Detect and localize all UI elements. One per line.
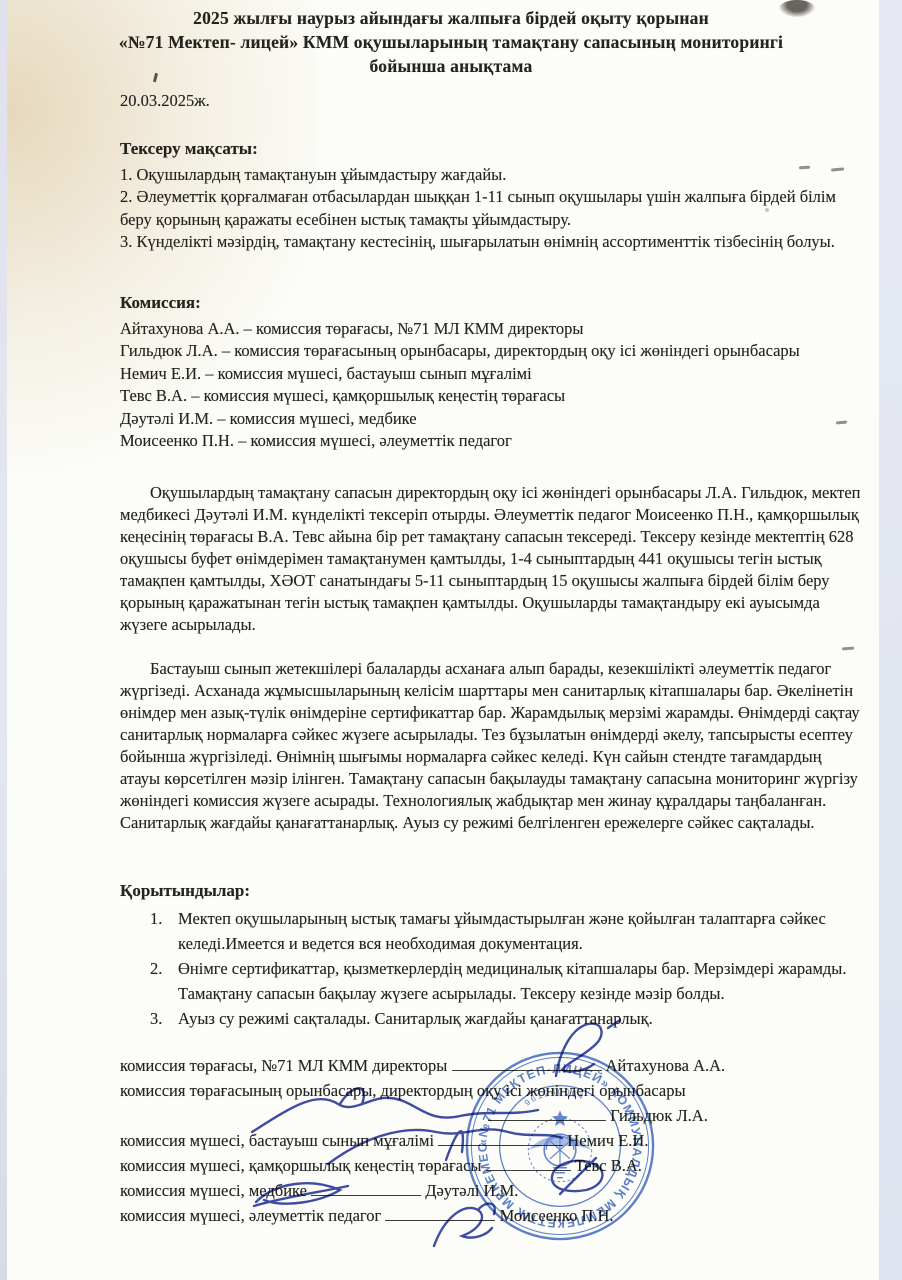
signature-gildyuk-loop xyxy=(340,1088,364,1104)
signature-moiseenko xyxy=(434,1208,492,1246)
conclusions-heading: Қорытындылар: xyxy=(120,878,864,903)
document-date: 20.03.2025ж. xyxy=(120,90,864,113)
conclusion-item-text: Өнімге сертификаттар, қызметкерлердің ме… xyxy=(178,959,847,1003)
conclusions-section: Қорытындылар: 1. Мектеп оқушыларының ыст… xyxy=(120,878,864,1031)
title-line-1: 2025 жылғы наурыз айындағы жалпыға бірде… xyxy=(42,6,860,30)
commission-section: Комиссия: Айтахунова А.А. – комиссия төр… xyxy=(120,292,864,453)
title-line-2: «№71 Мектеп- лицей» КММ оқушыларының там… xyxy=(42,30,860,54)
purpose-item-number: 2. xyxy=(120,187,132,206)
purpose-item: 3. Күнделікті мәзірдің, тамақтану кестес… xyxy=(120,231,864,254)
scan-dash-mark xyxy=(842,647,854,650)
purpose-item-text: Күнделікті мәзірдің, тамақтану кестесіні… xyxy=(137,232,835,251)
commission-member: Дәутәлі И.М. – комиссия мүшесі, медбике xyxy=(120,408,864,431)
purpose-item-text: Әлеуметтік қорғалмаған отбасылардан шыққ… xyxy=(120,187,836,229)
purpose-item-text: Оқушылардың тамақтануын ұйымдастыру жағд… xyxy=(137,165,507,184)
scanned-document-page: 2025 жылғы наурыз айындағы жалпыға бірде… xyxy=(0,0,902,1280)
conclusion-item-text: Мектеп оқушыларының ыстық тамағы ұйымдас… xyxy=(178,909,826,953)
title-line-3: бойынша анықтама xyxy=(42,54,860,78)
purpose-section: Тексеру мақсаты: 1. Оқушылардың тамақтан… xyxy=(120,138,864,254)
commission-member: Тевс В.А. – комиссия мүшесі, қамқоршылық… xyxy=(120,385,864,408)
signature-nemich xyxy=(328,1129,562,1164)
commission-member: Моисеенко П.Н. – комиссия мүшесі, әлеуме… xyxy=(120,430,864,453)
document-title: 2025 жылғы наурыз айындағы жалпыға бірде… xyxy=(42,6,860,78)
commission-member: Гильдюк Л.А. – комиссия төрағасының орын… xyxy=(120,340,864,363)
purpose-heading: Тексеру мақсаты: xyxy=(120,138,864,161)
signature-dautali xyxy=(256,1183,340,1203)
scan-edge-left xyxy=(0,0,7,1280)
conclusion-item: 2. Өнімге сертификаттар, қызметкерлердің… xyxy=(120,956,864,1006)
commission-member: Немич Е.И. – комиссия мүшесі, бастауыш с… xyxy=(120,363,864,386)
conclusion-item-number: 3. xyxy=(150,1006,162,1031)
purpose-item: 1. Оқушылардың тамақтануын ұйымдастыру ж… xyxy=(120,164,864,187)
scan-edge-right xyxy=(879,0,902,1280)
purpose-item-number: 1. xyxy=(120,165,132,184)
body-paragraph-2: Бастауыш сынып жетекшілері балаларды асх… xyxy=(120,658,864,834)
conclusion-item-number: 1. xyxy=(150,906,162,931)
signature-aitakhunova xyxy=(556,1024,602,1076)
signature-aitakhunova-tick xyxy=(608,1020,620,1028)
purpose-item-number: 3. xyxy=(120,232,132,251)
conclusion-item-number: 2. xyxy=(150,956,162,981)
purpose-item: 2. Әлеуметтік қорғалмаған отбасылардан ш… xyxy=(120,186,864,231)
conclusion-item: 1. Мектеп оқушыларының ыстық тамағы ұйым… xyxy=(120,906,864,956)
commission-heading: Комиссия: xyxy=(120,292,864,315)
commission-member: Айтахунова А.А. – комиссия төрағасы, №71… xyxy=(120,318,864,341)
signature-nemich-flourish xyxy=(446,1131,463,1160)
handwritten-signatures xyxy=(220,1012,690,1262)
body-paragraph-1: Оқушылардың тамақтану сапасын директорды… xyxy=(120,482,864,636)
signature-gildyuk xyxy=(252,1098,538,1132)
